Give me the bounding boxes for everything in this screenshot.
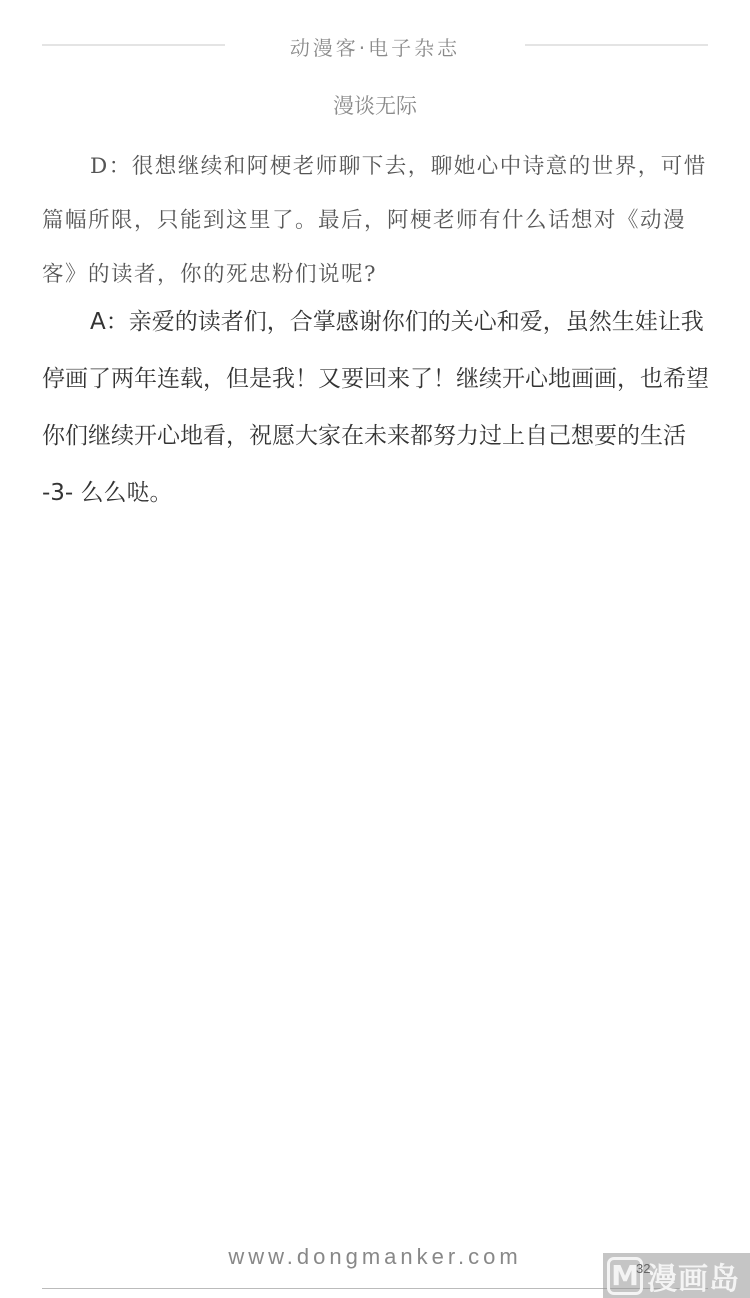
magazine-title: 动漫客·电子杂志: [0, 32, 750, 61]
watermark-text: 漫画岛: [647, 1254, 740, 1298]
interview-question: D：很想继续和阿梗老师聊下去，聊她心中诗意的世界，可惜篇幅所限，只能到这里了。最…: [42, 140, 710, 302]
section-title: 漫谈无际: [0, 90, 750, 120]
page-number: 32: [636, 1261, 650, 1276]
magazine-header: 动漫客·电子杂志: [0, 30, 750, 62]
header-divider-right: [525, 44, 708, 46]
interview-answer: A：亲爱的读者们，合掌感谢你们的关心和爱，虽然生娃让我停画了两年连载，但是我！又…: [42, 294, 710, 522]
watermark-logo: M 漫画岛: [603, 1253, 750, 1298]
